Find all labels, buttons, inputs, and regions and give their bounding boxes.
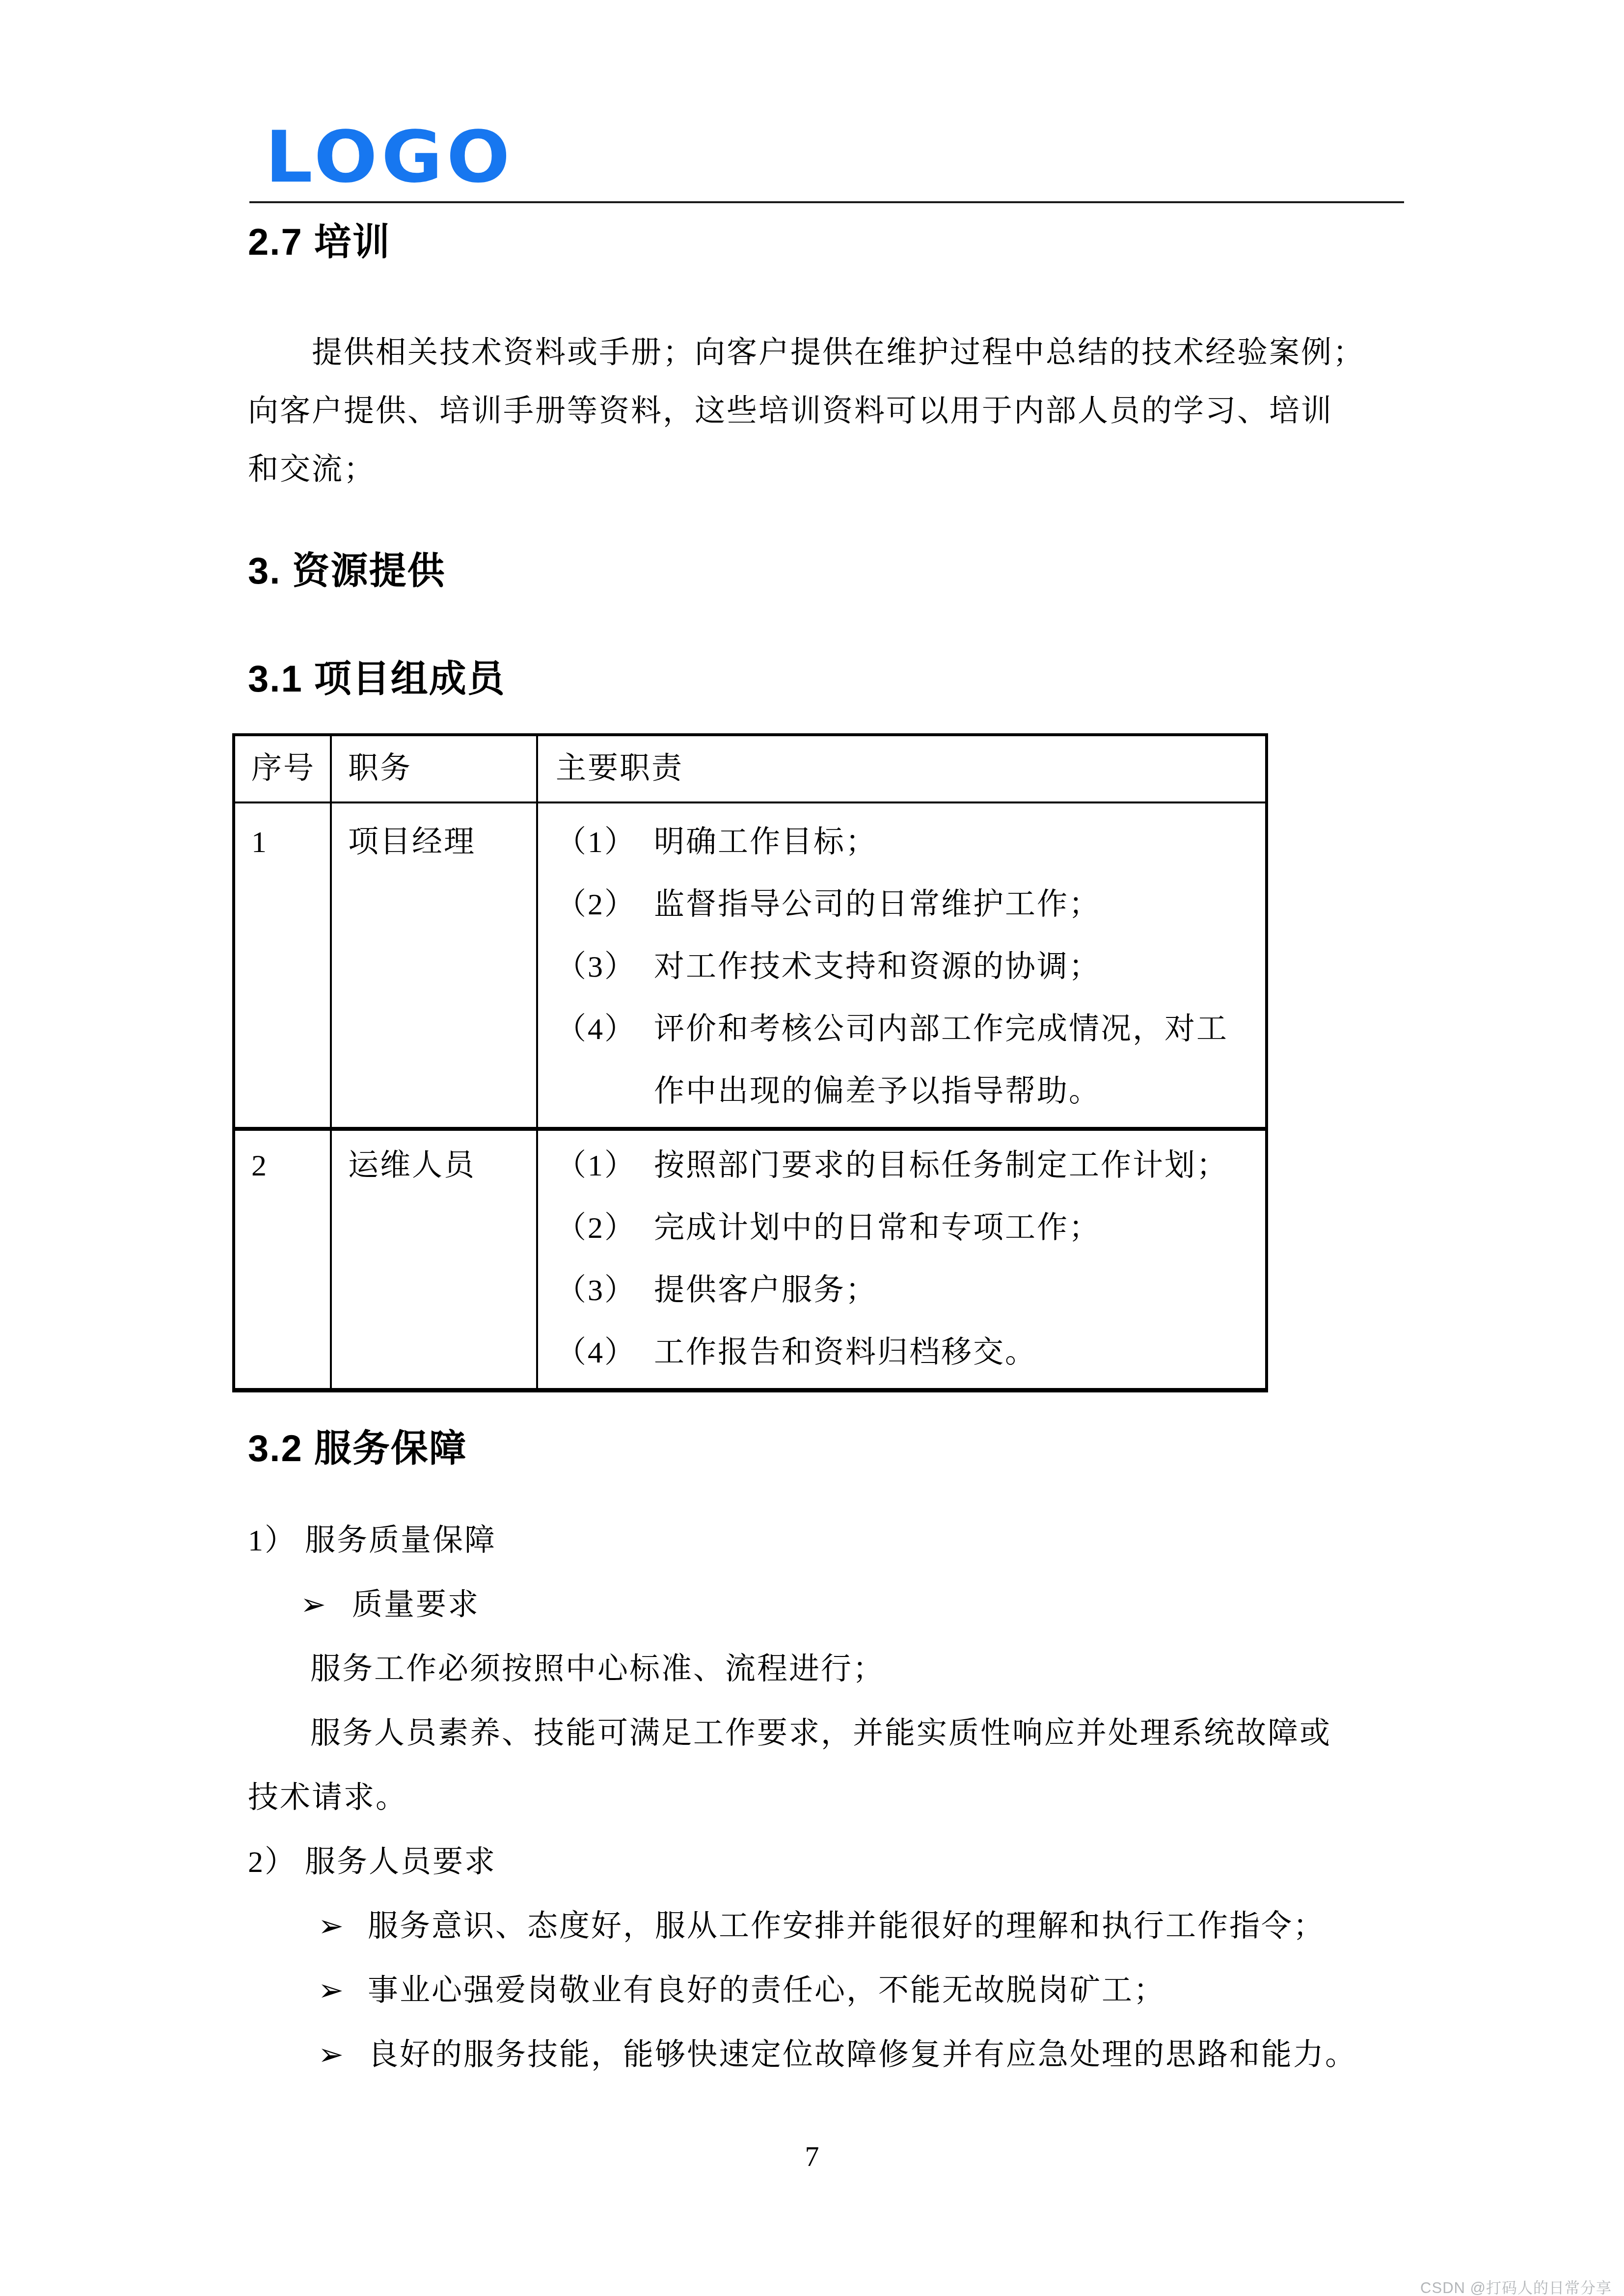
duty-text: 完成计划中的日常和专项工作； bbox=[654, 1197, 1101, 1259]
duty-number: （2） bbox=[556, 874, 654, 936]
table-header-duties: 主要职责 bbox=[538, 736, 1265, 801]
duty-number: （4） bbox=[556, 998, 654, 1123]
duty-text: 按照部门要求的目标任务制定工作计划； bbox=[654, 1135, 1228, 1197]
duty-number: （4） bbox=[556, 1322, 654, 1384]
table-header-no: 序号 bbox=[235, 736, 332, 801]
duty-item: （2） 监督指导公司的日常维护工作； bbox=[556, 874, 1265, 936]
table-row: 1 项目经理 （1） 明确工作目标； （2） 监督指导公司的日常维护工作； （3… bbox=[235, 803, 1265, 1131]
list-text: 质量要求 bbox=[352, 1573, 480, 1637]
duty-text: 提供客户服务； bbox=[654, 1259, 877, 1322]
duty-number: （3） bbox=[556, 1259, 654, 1322]
project-members-table: 序号 职务 主要职责 1 项目经理 （1） 明确工作目标； （2） 监督指导公司… bbox=[232, 733, 1268, 1392]
list-number: 2） bbox=[248, 1830, 305, 1895]
table-header-role: 职务 bbox=[332, 736, 538, 801]
arrow-bullet-icon: ➢ bbox=[318, 2023, 368, 2087]
document-page: LOGO 2.7 培训 提供相关技术资料或手册；向客户提供在维护过程中总结的技术… bbox=[0, 0, 1624, 2296]
duty-item: （4） 评价和考核公司内部工作完成情况，对工 作中出现的偏差予以指导帮助。 bbox=[556, 998, 1265, 1123]
service-guarantee-list: 1） 服务质量保障 ➢ 质量要求 服务工作必须按照中心标准、流程进行； 服务人员… bbox=[248, 1509, 1436, 2087]
duty-text: 明确工作目标； bbox=[654, 811, 877, 874]
list-text: 良好的服务技能，能够快速定位故障修复并有应急处理的思路和能力。 bbox=[368, 2023, 1357, 2087]
list-item: ➢ 良好的服务技能，能够快速定位故障修复并有应急处理的思路和能力。 bbox=[318, 2023, 1436, 2087]
cell-duties: （1） 按照部门要求的目标任务制定工作计划； （2） 完成计划中的日常和专项工作… bbox=[538, 1131, 1265, 1388]
cell-no: 1 bbox=[235, 803, 332, 1127]
list-text: 服务人员素养、技能可满足工作要求，并能实质性响应并处理系统故障或 bbox=[310, 1702, 1331, 1766]
duty-item: （1） 明确工作目标； bbox=[556, 811, 1265, 874]
cell-role: 项目经理 bbox=[332, 803, 538, 1127]
cell-no: 2 bbox=[235, 1131, 332, 1388]
list-text: 服务工作必须按照中心标准、流程进行； bbox=[310, 1637, 885, 1702]
duty-item: （4） 工作报告和资料归档移交。 bbox=[556, 1322, 1265, 1384]
duty-item: （1） 按照部门要求的目标任务制定工作计划； bbox=[556, 1135, 1265, 1197]
list-text: 服务质量保障 bbox=[305, 1509, 496, 1573]
list-item: ➢ 服务意识、态度好，服从工作安排并能很好的理解和执行工作指令； bbox=[318, 1895, 1436, 1959]
duty-number: （1） bbox=[556, 811, 654, 874]
list-text: 服务人员要求 bbox=[305, 1830, 496, 1895]
list-text: 事业心强爱岗敬业有良好的责任心，不能无故脱岗矿工； bbox=[368, 1959, 1165, 2023]
duty-text: 工作报告和资料归档移交。 bbox=[654, 1322, 1037, 1384]
paragraph-training: 提供相关技术资料或手册；向客户提供在维护过程中总结的技术经验案例； 向客户提供、… bbox=[248, 324, 1411, 499]
cell-role: 运维人员 bbox=[332, 1131, 538, 1388]
duty-number: （2） bbox=[556, 1197, 654, 1259]
csdn-watermark: CSDN @打码人的日常分享 bbox=[1420, 2275, 1612, 2296]
duty-item: （2） 完成计划中的日常和专项工作； bbox=[556, 1197, 1265, 1259]
table-header-row: 序号 职务 主要职责 bbox=[235, 736, 1265, 803]
heading-3-2: 3.2 服务保障 bbox=[248, 1430, 467, 1468]
arrow-bullet-icon: ➢ bbox=[300, 1573, 352, 1637]
header-divider-line bbox=[249, 201, 1404, 203]
heading-2-7: 2.7 培训 bbox=[248, 224, 391, 261]
company-logo: LOGO bbox=[265, 122, 514, 192]
duty-number: （1） bbox=[556, 1135, 654, 1197]
arrow-bullet-icon: ➢ bbox=[318, 1895, 368, 1959]
arrow-bullet-icon: ➢ bbox=[318, 1959, 368, 2023]
duty-text: 监督指导公司的日常维护工作； bbox=[654, 874, 1101, 936]
heading-3: 3. 资源提供 bbox=[248, 553, 446, 590]
table-row: 2 运维人员 （1） 按照部门要求的目标任务制定工作计划； （2） 完成计划中的… bbox=[235, 1131, 1265, 1388]
duty-item: （3） 提供客户服务； bbox=[556, 1259, 1265, 1322]
list-item: 2） 服务人员要求 bbox=[248, 1830, 1436, 1895]
list-text: 技术请求。 bbox=[248, 1766, 407, 1830]
duty-text: 对工作技术支持和资源的协调； bbox=[654, 936, 1101, 998]
duty-item: （3） 对工作技术支持和资源的协调； bbox=[556, 936, 1265, 998]
list-item: 1） 服务质量保障 bbox=[248, 1509, 1436, 1573]
heading-3-1: 3.1 项目组成员 bbox=[248, 661, 506, 698]
duty-text: 评价和考核公司内部工作完成情况，对工 作中出现的偏差予以指导帮助。 bbox=[654, 998, 1228, 1123]
list-item: 服务工作必须按照中心标准、流程进行； bbox=[248, 1637, 1436, 1702]
list-item: ➢ 质量要求 bbox=[300, 1573, 1436, 1637]
cell-duties: （1） 明确工作目标； （2） 监督指导公司的日常维护工作； （3） 对工作技术… bbox=[538, 803, 1265, 1127]
list-item: ➢ 事业心强爱岗敬业有良好的责任心，不能无故脱岗矿工； bbox=[318, 1959, 1436, 2023]
list-item: 服务人员素养、技能可满足工作要求，并能实质性响应并处理系统故障或 bbox=[248, 1702, 1436, 1766]
list-item: 技术请求。 bbox=[248, 1766, 1436, 1830]
page-number: 7 bbox=[0, 2142, 1624, 2171]
list-number: 1） bbox=[248, 1509, 305, 1573]
list-text: 服务意识、态度好，服从工作安排并能很好的理解和执行工作指令； bbox=[368, 1895, 1325, 1959]
duty-number: （3） bbox=[556, 936, 654, 998]
